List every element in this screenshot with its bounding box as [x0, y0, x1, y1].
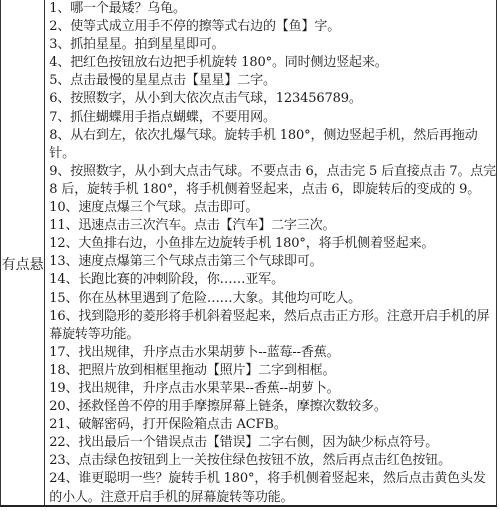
answer-line: 21、破解密码，打开保险箱点击 ACFB。 [49, 416, 496, 434]
answer-line: 19、找出规律，升序点击水果苹果--香蕉--胡萝卜。 [49, 380, 496, 398]
category-label-cell: 有点悬 [1, 0, 45, 505]
answer-line: 15、你在丛林里遇到了危险……大象。其他均可吃人。 [49, 290, 496, 308]
answer-line: 22、找出最后一个错误点击【错误】二字右侧，因为缺少标点符号。 [49, 434, 496, 452]
answer-line: 12、大鱼排右边，小鱼排左边旋转手机 180°，将手机侧着竖起来。 [49, 235, 496, 253]
answer-line: 13、速度点爆第三个气球点击第三个气球即可。 [49, 253, 496, 271]
answer-line: 幕旋转等功能。 [49, 326, 496, 344]
answer-line: 的小人。注意开启手机的屏幕旋转等功能。 [49, 489, 496, 507]
answer-line: 3、抓拍星星。拍到星星即可。 [49, 36, 496, 54]
answer-line: 2、使等式成立用手不停的擦等式右边的【鱼】字。 [49, 18, 496, 36]
answer-line: 10、速度点爆三个气球。点击即可。 [49, 199, 496, 217]
answer-line: 4、把红色按钮放右边把手机旋转 180°。同时侧边竖起来。 [49, 54, 496, 72]
answer-line: 9、按照数字，从小到大点击气球。不要点击 6，点击完 5 后直接点击 7。点完 [49, 163, 496, 181]
answer-line: 6、按照数字，从小到大依次点击气球，123456789。 [49, 90, 496, 108]
answer-line: 24、谁更聪明一些？旋转手机 180°，将手机侧着竖起来，然后点击黄色头发 [49, 470, 496, 488]
category-label: 有点悬 [2, 254, 44, 274]
answers-cell: 1、哪一个最矮？乌龟。 2、使等式成立用手不停的擦等式右边的【鱼】字。 3、抓拍… [45, 0, 496, 505]
answer-line: 23、点击绿色按钮到上一关按住绿色按钮不放，然后再点击红色按钮。 [49, 452, 496, 470]
answer-line: 20、拯救怪兽不停的用手摩擦屏幕上链条，摩擦次数较多。 [49, 398, 496, 416]
answer-line: 16、找到隐形的菱形将手机斜着竖起来，然后点击正方形。注意开启手机的屏 [49, 308, 496, 326]
answer-line: 1、哪一个最矮？乌龟。 [49, 0, 496, 18]
answer-line: 18、把照片放到相框里拖动【照片】二字到相框。 [49, 362, 496, 380]
answer-line: 针。 [49, 145, 496, 163]
answer-line: 7、抓住蝴蝶用手指点蝴蝶，不要用网。 [49, 109, 496, 127]
answer-line: 8、从右到左，依次扎爆气球。旋转手机 180°，侧边竖起手机，然后再拖动 [49, 127, 496, 145]
answer-line: 17、找出规律，升序点击水果胡萝卜--蓝莓--香蕉。 [49, 344, 496, 362]
answer-line: 5、点击最慢的星星点击【星星】二字。 [49, 72, 496, 90]
answer-line: 8 后，旋转手机 180°，将手机侧着竖起来，点击 6，即旋转后的变成的 9。 [49, 181, 496, 199]
walkthrough-table: 有点悬 1、哪一个最矮？乌龟。 2、使等式成立用手不停的擦等式右边的【鱼】字。 … [0, 0, 497, 507]
answer-line: 14、长跑比赛的冲刺阶段，你……亚军。 [49, 271, 496, 289]
answer-line: 11、迅速点击三次汽车。点击【汽车】二字三次。 [49, 217, 496, 235]
